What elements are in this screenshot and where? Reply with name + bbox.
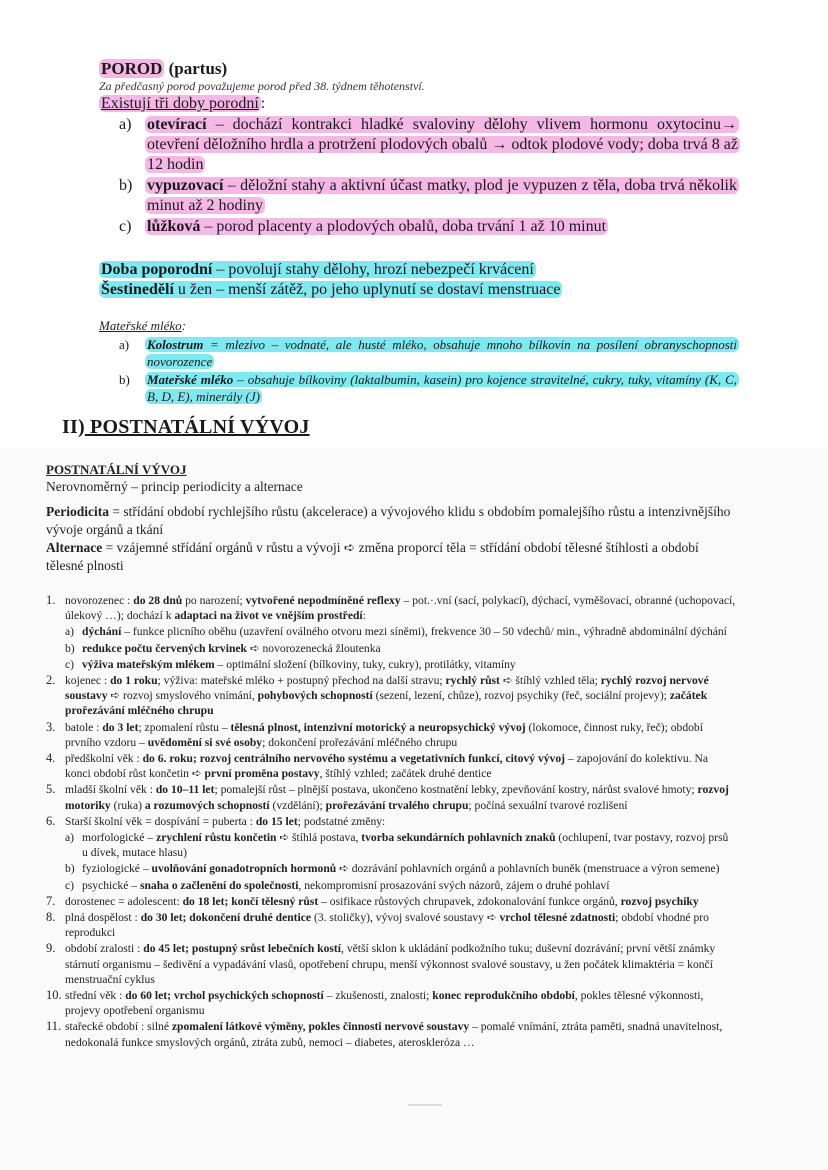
- body-text: morfologické –: [82, 831, 156, 844]
- sub-list-item: c)psychické – snaha o začlenění do spole…: [65, 878, 736, 893]
- emphasis-text: zrychlení růstu končetin: [156, 831, 276, 844]
- list-marker: 7.: [46, 894, 55, 909]
- body-text: plná dospělost :: [65, 911, 141, 924]
- emphasis-text: uvolňování gonadotropních hormonů: [152, 862, 337, 875]
- puerperium-term: Šestinedělí: [101, 281, 174, 298]
- emphasis-text: redukce počtu červených krvinek: [82, 642, 247, 655]
- body-text: :: [363, 609, 366, 622]
- body-text: po narození;: [182, 594, 245, 607]
- emphasis-text: do 10–11 let: [156, 783, 215, 796]
- milk-text: – obsahuje bílkoviny (laktalbumin, kasei…: [147, 372, 737, 404]
- body-text: , štíhlý vzhled; začátek druhé dentice: [320, 767, 492, 780]
- emphasis-text: snaha o začlenění do společnosti: [140, 879, 298, 892]
- list-marker: 4.: [46, 751, 55, 766]
- sub-list-item: b)redukce počtu červených krvinek ➪ novo…: [65, 641, 736, 656]
- emphasis-text: výživa mateřským mlékem: [82, 658, 215, 671]
- list-marker: c): [119, 217, 131, 237]
- body-text: mladší školní věk :: [65, 783, 156, 796]
- list-item: b)vypuzovací – děložní stahy a aktivní ú…: [99, 176, 739, 216]
- body-text: (ruka): [111, 799, 145, 812]
- list-marker: c): [65, 657, 74, 672]
- emphasis-text: vrchol tělesné zdatnosti: [500, 911, 616, 924]
- emphasis-text: do 1 roku: [110, 674, 157, 687]
- body-text: kojenec :: [65, 674, 110, 687]
- body-text: ; dokončení prořezávání mléčného chrupu: [262, 736, 457, 749]
- list-marker: 3.: [46, 720, 55, 735]
- list-item: 7.dorostenec = adolescent: do 18 let; ko…: [46, 894, 736, 909]
- porod-heading: POROD (partus): [99, 59, 739, 79]
- list-item: a)Kolostrum = mlezivo – vodnaté, ale hus…: [99, 336, 739, 370]
- emphasis-text: uvědomění si své osoby: [148, 736, 262, 749]
- emphasis-text: do 3 let: [102, 721, 138, 734]
- list-marker: 9.: [46, 941, 55, 956]
- colon: :: [261, 95, 265, 112]
- emphasis-text: do 6. roku; rozvoj centrálního nervového…: [143, 752, 565, 765]
- puerperium-text: u žen – menší zátěž, po jeho uplynutí se…: [174, 281, 561, 298]
- body-text: stařecké období : silné: [65, 1020, 172, 1033]
- porod-title-latin: (partus): [169, 59, 228, 78]
- periodicity-text: = střídání období rychlejšího růstu (akc…: [46, 504, 730, 537]
- list-item: 2.kojenec : do 1 roku; výživa: mateřské …: [46, 673, 736, 719]
- puerperium-line: Šestinedělí u žen – menší zátěž, po jeho…: [99, 280, 739, 300]
- list-item: b)Mateřské mléko – obsahuje bílkoviny (l…: [99, 371, 739, 405]
- porod-stages-lead-text: Existují tři doby porodní: [99, 95, 261, 112]
- body-text: Starší školní věk = dospívání = puberta …: [65, 815, 256, 828]
- emphasis-text: do 45 let; postupný srůst lebečních kost…: [143, 942, 341, 955]
- body-text: dorostenec = adolescent:: [65, 895, 183, 908]
- breast-milk-list: a)Kolostrum = mlezivo – vodnaté, ale hus…: [99, 336, 739, 405]
- stage-text: – děložní stahy a aktivní účast matky, p…: [147, 177, 737, 214]
- emphasis-text: konec reprodukčního období: [432, 989, 575, 1002]
- emphasis-text: prořezávání trvalého chrupu: [326, 799, 469, 812]
- body-text: ➪ rozvoj smyslového vnímání,: [108, 689, 258, 702]
- stage-text: – dochází kontrakci hladké svaloviny děl…: [147, 116, 738, 173]
- scan-artifact: [408, 1104, 442, 1106]
- section-title: POSTNATÁLNÍ VÝVOJ: [85, 416, 310, 438]
- emphasis-text: dýchání: [82, 625, 121, 638]
- list-marker: a): [65, 624, 74, 639]
- periodicity-term: Periodicita: [46, 504, 109, 519]
- development-stages-list: 1.novorozenec : do 28 dnů po narození; v…: [46, 593, 736, 1050]
- emphasis-text: a rozumových schopností: [145, 799, 270, 812]
- sub-list: a)morfologické – zrychlení růstu končeti…: [65, 830, 736, 893]
- postpartum-text: – povolují stahy dělohy, hrozí nebezpečí…: [212, 261, 534, 278]
- milk-term: Kolostrum: [147, 337, 203, 352]
- body-text: – osifikace růstových chrupavek, zdokona…: [318, 895, 620, 908]
- list-item: 8.plná dospělost : do 30 let; dokončení …: [46, 910, 736, 940]
- list-marker: a): [65, 830, 74, 845]
- body-text: ➪ štíhlý vzhled těla;: [500, 674, 601, 687]
- emphasis-text: do 15 let: [256, 815, 298, 828]
- postnatal-section: POSTNATÁLNÍ VÝVOJ Nerovnoměrný – princip…: [46, 462, 736, 1051]
- body-text: – funkce plicního oběhu (uzavření oválné…: [121, 625, 727, 638]
- emphasis-text: vytvořené nepodmíněné reflexy: [246, 594, 401, 607]
- list-item: 3.batole : do 3 let; zpomalení růstu – t…: [46, 720, 736, 750]
- list-marker: 5.: [46, 782, 55, 797]
- list-item: 1.novorozenec : do 28 dnů po narození; v…: [46, 593, 736, 672]
- body-text: ; zpomalení růstu –: [138, 721, 230, 734]
- section-heading-postnatal: II) POSTNATÁLNÍ VÝVOJ: [62, 416, 310, 439]
- sub-list-item: c)výživa mateřským mlékem – optimální sl…: [65, 657, 736, 672]
- porod-section: POROD (partus) Za předčasný porod považu…: [99, 59, 739, 406]
- emphasis-text: do 28 dnů: [133, 594, 182, 607]
- list-marker: c): [65, 878, 74, 893]
- postpartum-term: Doba poporodní: [101, 261, 212, 278]
- list-item: a)otevírací – dochází kontrakci hladké s…: [99, 115, 739, 175]
- list-marker: a): [119, 115, 131, 135]
- stage-term: vypuzovací: [147, 177, 223, 194]
- body-text: ➪ novorozenecká žloutenka: [247, 642, 381, 655]
- body-text: – optimální složení (bílkoviny, tuky, cu…: [215, 658, 516, 671]
- list-item: 11.stařecké období : silné zpomalení lát…: [46, 1019, 736, 1049]
- list-marker: b): [65, 641, 75, 656]
- list-item: 9.období zralosti : do 45 let; postupný …: [46, 941, 736, 987]
- list-item: c)lůžková – porod placenty a plodových o…: [99, 217, 739, 237]
- list-marker: a): [119, 336, 129, 353]
- list-item: 5.mladší školní věk : do 10–11 let; poma…: [46, 782, 736, 812]
- milk-text: = mlezivo – vodnaté, ale husté mléko, ob…: [147, 337, 737, 369]
- body-text: psychické –: [82, 879, 140, 892]
- porod-stages-lead: Existují tři doby porodní:: [99, 94, 739, 113]
- list-marker: 11.: [46, 1019, 61, 1034]
- body-text: období zralosti :: [65, 942, 143, 955]
- emphasis-text: zpomalení látkové výměny, pokles činnost…: [172, 1020, 469, 1033]
- stage-text: – porod placenty a plodových obalů, doba…: [200, 218, 606, 235]
- emphasis-text: pohybových schopností: [258, 689, 373, 702]
- breast-milk-heading: Mateřské mléko:: [99, 318, 739, 334]
- body-text: ➪ dozrávání pohlavních orgánů a pohlavní…: [336, 862, 719, 875]
- periodicity-paragraph: Periodicita = střídání období rychlejšíh…: [46, 503, 736, 575]
- sub-list-item: a)dýchání – funkce plicního oběhu (uzavř…: [65, 624, 736, 639]
- body-text: , nekompromisní prosazování svých názorů…: [298, 879, 609, 892]
- alternation-term: Alternace: [46, 540, 102, 555]
- sub-list-item: b)fyziologické – uvolňování gonadotropní…: [65, 861, 736, 876]
- body-text: – zkušenosti, znalosti;: [324, 989, 433, 1002]
- body-text: ; výživa: mateřské mléko + postupný přec…: [158, 674, 446, 687]
- list-marker: 2.: [46, 673, 55, 688]
- porod-title: POROD: [99, 59, 164, 78]
- list-marker: b): [119, 176, 132, 196]
- body-text: novorozenec :: [65, 594, 133, 607]
- sub-list: a)dýchání – funkce plicního oběhu (uzavř…: [65, 624, 736, 672]
- milk-term: Mateřské mléko: [147, 372, 233, 387]
- body-text: (sezení, lezení, chůze), rozvoj psychiky…: [373, 689, 670, 702]
- list-marker: 1.: [46, 593, 55, 608]
- body-text: ; podstatné změny:: [298, 815, 386, 828]
- stage-term: otevírací: [147, 116, 207, 133]
- body-text: (vzdělání);: [270, 799, 326, 812]
- emphasis-text: první proměna postavy: [204, 767, 319, 780]
- body-text: ; pomalejší růst – plnější postava, ukon…: [214, 783, 697, 796]
- list-marker: 6.: [46, 814, 55, 829]
- list-item: 10.střední věk : do 60 let; vrchol psych…: [46, 988, 736, 1018]
- list-marker: 10.: [46, 988, 62, 1003]
- emphasis-text: do 60 let; vrchol psychických schopností: [125, 989, 324, 1002]
- emphasis-text: tělesná plnost, intenzivní motorický a n…: [231, 721, 526, 734]
- body-text: fyziologické –: [82, 862, 152, 875]
- alternation-text: = vzájemné střídání orgánů v růstu a výv…: [46, 540, 699, 573]
- emphasis-text: rychlý růst: [446, 674, 500, 687]
- list-marker: 8.: [46, 910, 55, 925]
- emphasis-text: tvorba sekundárních pohlavních znaků: [361, 831, 555, 844]
- porod-stages-list: a)otevírací – dochází kontrakci hladké s…: [99, 115, 739, 237]
- postpartum-line: Doba poporodní – povolují stahy dělohy, …: [99, 260, 739, 280]
- emphasis-text: do 30 let; dokončení druhé dentice: [141, 911, 311, 924]
- body-text: střední věk :: [65, 989, 125, 1002]
- emphasis-text: do 18 let; končí tělesný růst: [183, 895, 319, 908]
- body-text: předškolní věk :: [65, 752, 143, 765]
- porod-intro: Za předčasný porod považujeme porod před…: [99, 79, 739, 94]
- emphasis-text: adaptaci na život ve vnějším prostředí: [174, 609, 362, 622]
- breast-milk-heading-text: Mateřské mléko: [99, 318, 182, 333]
- emphasis-text: rozvoj psychiky: [621, 895, 699, 908]
- list-marker: b): [119, 371, 130, 388]
- body-text: ; počíná sexuální tvarové rozlišení: [468, 799, 627, 812]
- stage-term: lůžková: [147, 218, 200, 235]
- body-text: batole :: [65, 721, 102, 734]
- sub-list-item: a)morfologické – zrychlení růstu končeti…: [65, 830, 736, 860]
- list-item: 6.Starší školní věk = dospívání = pubert…: [46, 814, 736, 893]
- postnatal-title: POSTNATÁLNÍ VÝVOJ: [46, 462, 736, 478]
- colon: :: [182, 318, 186, 334]
- body-text: ➪ štíhlá postava,: [277, 831, 362, 844]
- postnatal-subtitle: Nerovnoměrný – princip periodicity a alt…: [46, 478, 736, 495]
- list-marker: b): [65, 861, 75, 876]
- section-number: II): [62, 416, 85, 438]
- body-text: (3. stoličky), vývoj svalové soustavy ➪: [311, 911, 499, 924]
- list-item: 4.předškolní věk : do 6. roku; rozvoj ce…: [46, 751, 736, 781]
